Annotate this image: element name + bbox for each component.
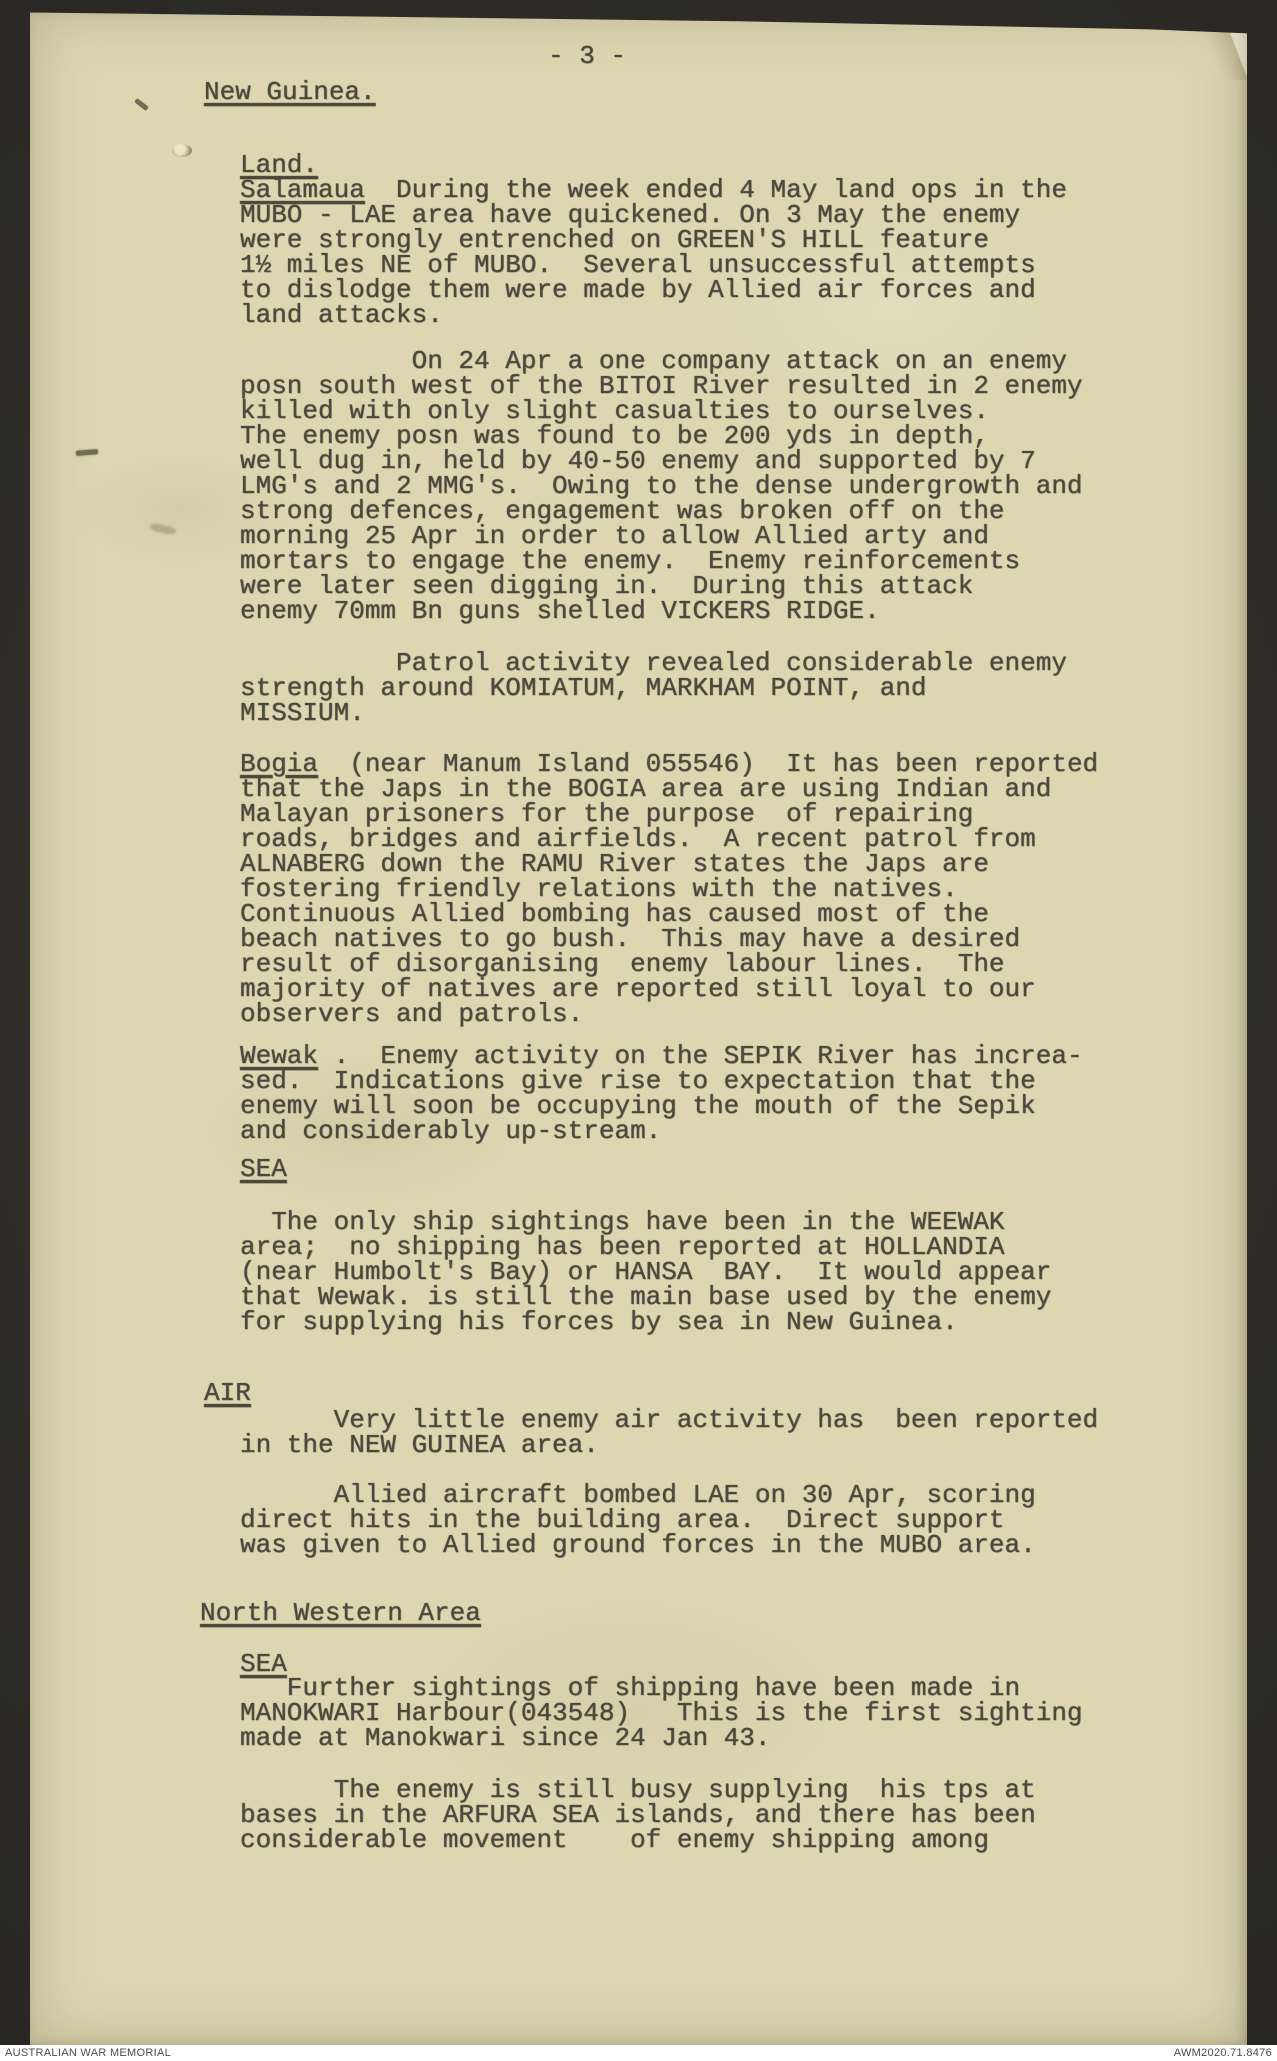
heading-new-guinea: New Guinea. bbox=[204, 80, 376, 105]
para-sea-sightings: The only ship sightings have been in the… bbox=[240, 1210, 1051, 1335]
para-patrol-activity: Patrol activity revealed considerable en… bbox=[240, 651, 1067, 726]
para-land-salamaua: Land.Salamaua During the week ended 4 Ma… bbox=[240, 153, 1067, 328]
para-manokwari: Further sightings of shipping have been … bbox=[240, 1676, 1083, 1751]
scan-background: - 3 -New Guinea.Land.Salamaua During the… bbox=[0, 0, 1277, 2061]
archive-id-label: AWM2020.71.8476 bbox=[1174, 2047, 1272, 2059]
heading-north-western-area: North Western Area bbox=[200, 1601, 481, 1626]
footer-bar: AUSTRALIAN WAR MEMORIAL AWM2020.71.8476 bbox=[0, 2045, 1277, 2061]
para-bitoi-attack: On 24 Apr a one company attack on an ene… bbox=[240, 349, 1083, 624]
heading-air: AIR bbox=[204, 1381, 251, 1406]
heading-sea-new-guinea: SEA bbox=[240, 1157, 287, 1182]
para-bogia: Bogia (near Manum Island 055546) It has … bbox=[240, 752, 1098, 1027]
archive-name-label: AUSTRALIAN WAR MEMORIAL bbox=[5, 2047, 171, 2059]
para-air-lae: Allied aircraft bombed LAE on 30 Apr, sc… bbox=[240, 1483, 1036, 1558]
para-arafura: The enemy is still busy supplying his tp… bbox=[240, 1778, 1036, 1853]
para-wewak: Wewak . Enemy activity on the SEPIK Rive… bbox=[240, 1044, 1083, 1144]
page-number: - 3 - bbox=[548, 44, 626, 69]
para-air-activity: Very little enemy air activity has been … bbox=[240, 1408, 1098, 1458]
typewritten-text-layer: - 3 -New Guinea.Land.Salamaua During the… bbox=[0, 0, 1277, 2061]
